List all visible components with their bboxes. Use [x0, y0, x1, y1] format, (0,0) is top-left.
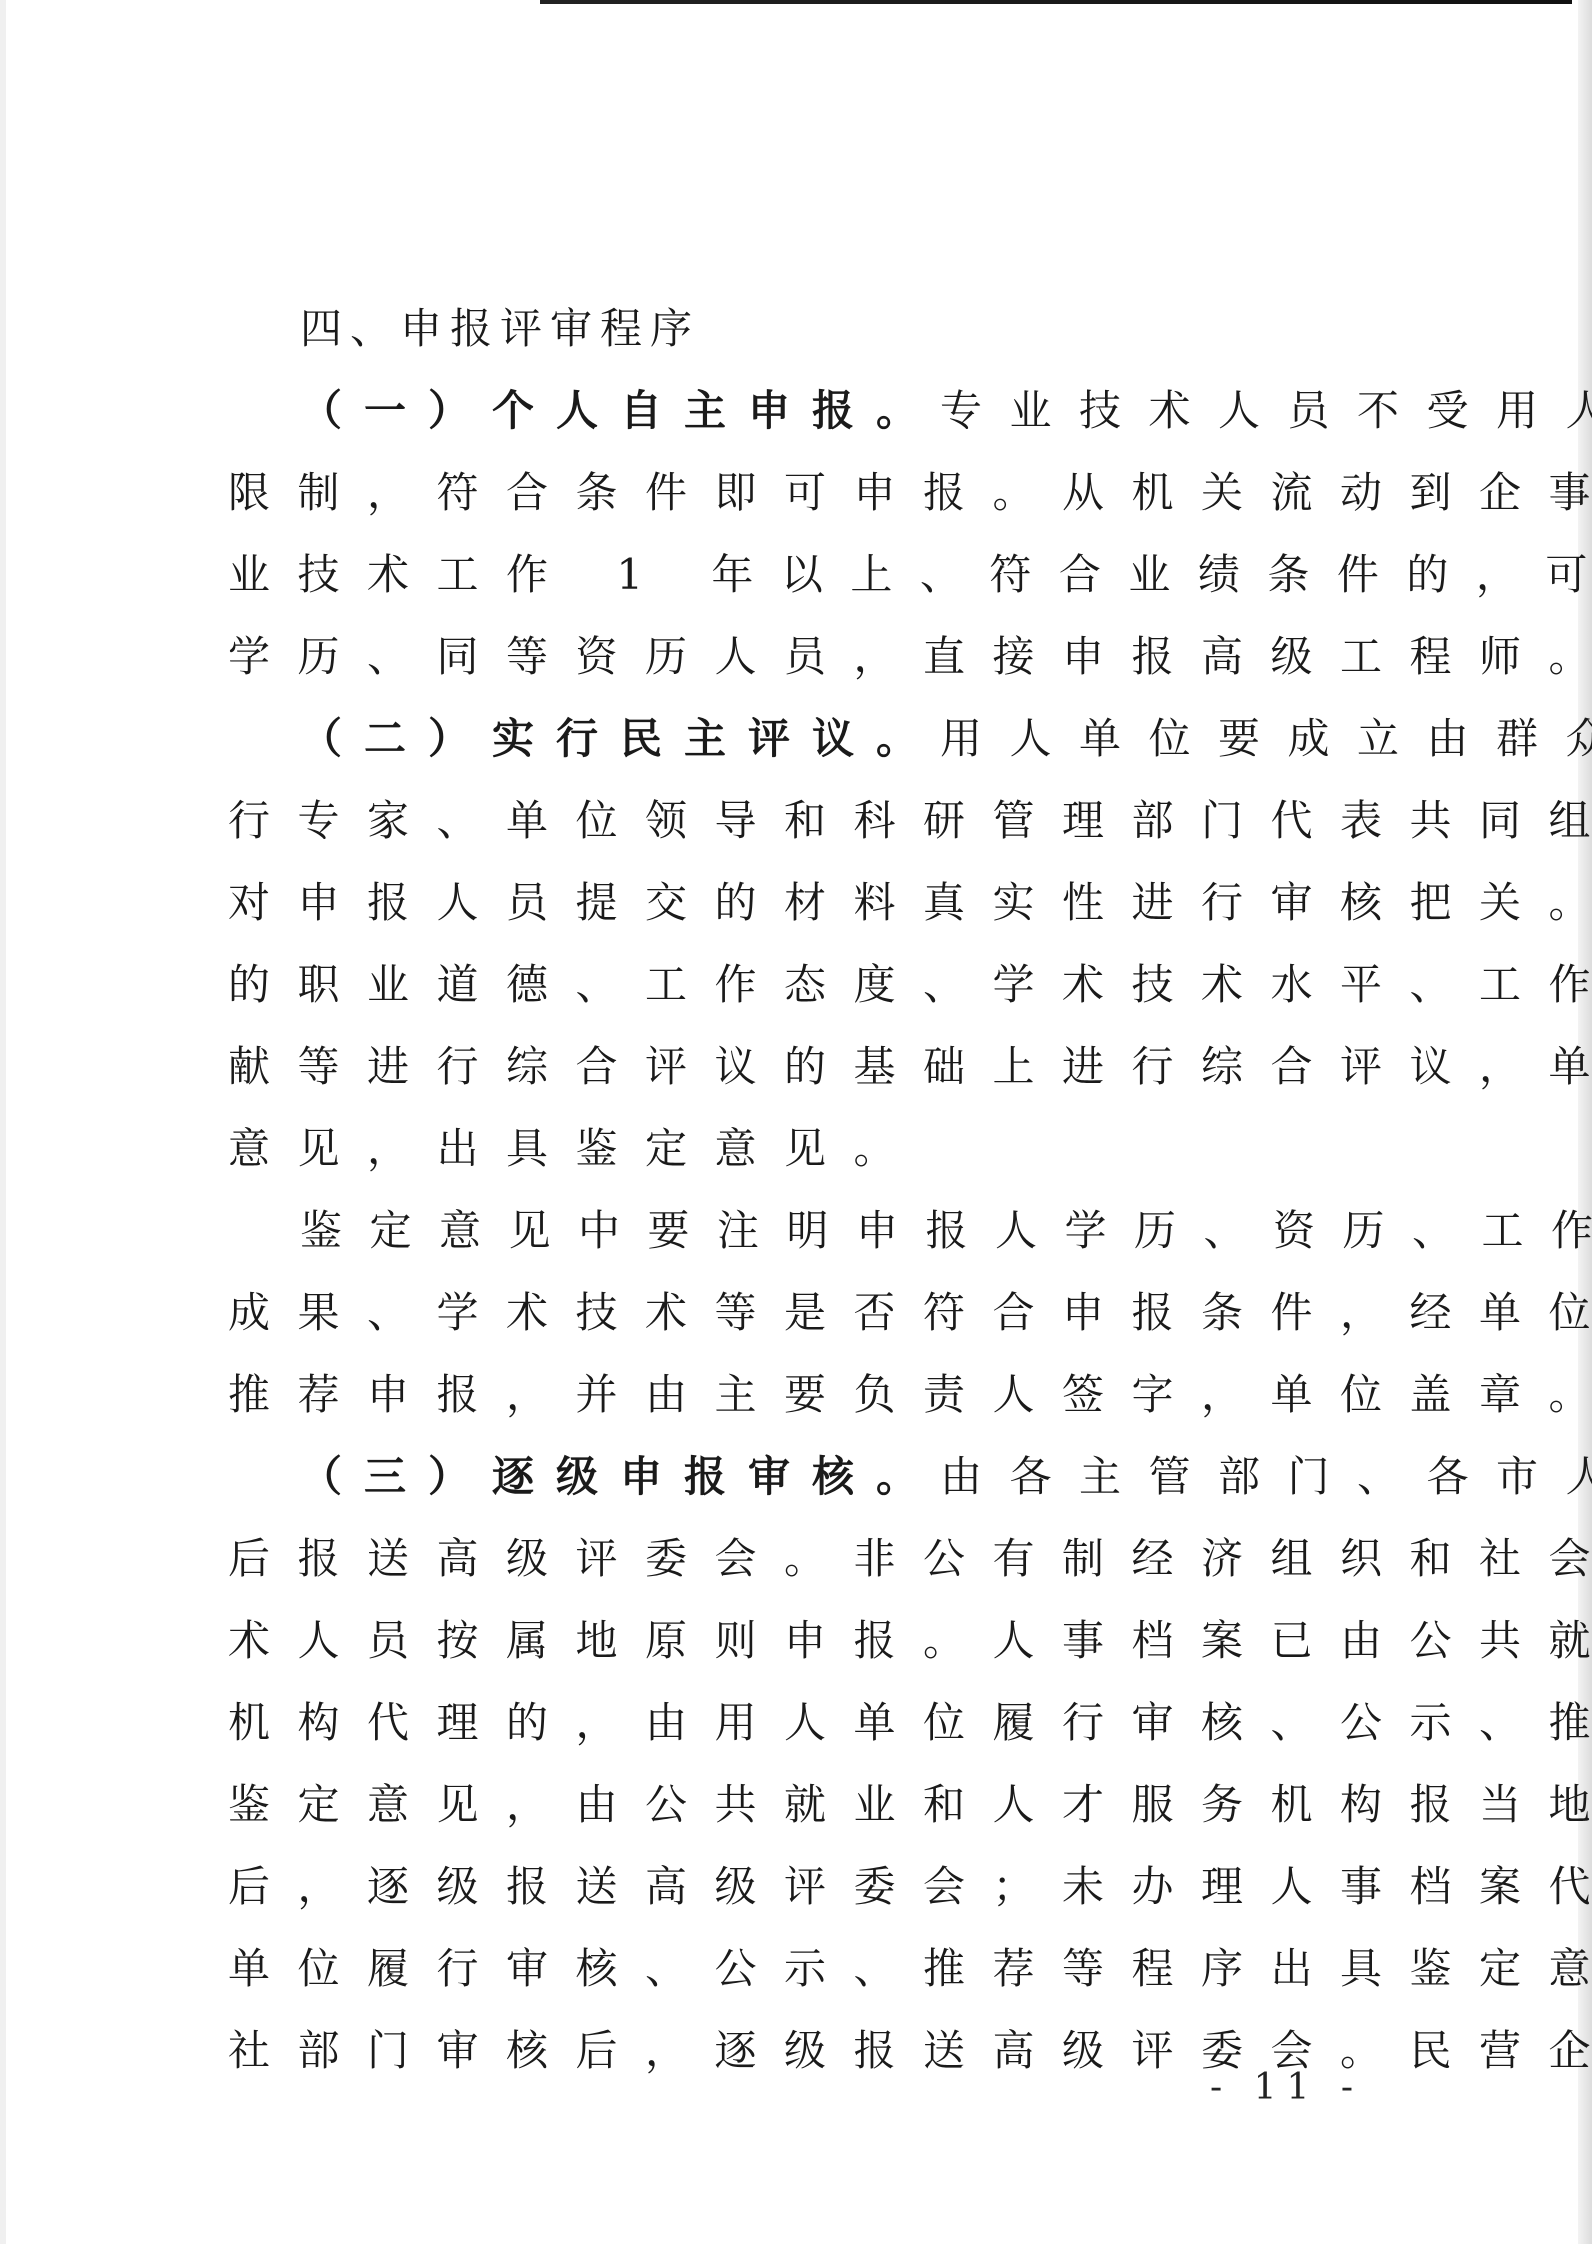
paragraph-text: 专业技术人员不受用人单位岗位 — [940, 386, 1592, 435]
paragraph-line: 鉴定意见，由公共就业和人才服务机构报当地人社部门审核 — [228, 1764, 1348, 1846]
paragraph-text: 用人单位要成立由群众代表、同 — [940, 714, 1592, 763]
paragraph-line: （一）个人自主申报。专业技术人员不受用人单位岗位 — [228, 370, 1348, 452]
paragraph-line: （二）实行民主评议。用人单位要成立由群众代表、同 — [228, 698, 1348, 780]
section-heading: 四、申报评审程序 — [228, 288, 1348, 370]
paragraph-line: 社部门审核后，逐级报送高级评委会。民营企业的劳务派遣 — [228, 2010, 1348, 2092]
paragraph-line: 献等进行综合评议的基础上进行综合评议，单位根据评议组 — [228, 1026, 1348, 1108]
paragraph-line: 对申报人员提交的材料真实性进行审核把关。在对申报人员 — [228, 862, 1348, 944]
scan-edge-top — [540, 0, 1572, 4]
paragraph-line: 机构代理的，由用人单位履行审核、公示、推荐等程序出具 — [228, 1682, 1348, 1764]
paragraph-line: 限制，符合条件即可申报。从机关流动到企事业单位从事专 — [228, 452, 1348, 534]
paragraph-appraisal-opinion: 鉴定意见中要注明申报人学历、资历、工作能力、业绩 成果、学术技术等是否符合申报条… — [228, 1190, 1348, 1436]
scan-edge-left — [0, 0, 6, 2244]
paragraph-line: 单位履行审核、公示、推荐等程序出具鉴定意见，经当地人 — [228, 1928, 1348, 2010]
paragraph-level-by-level-review: （三）逐级申报审核。由各主管部门、各市人社局审核 后报送高级评委会。非公有制经济… — [228, 1436, 1348, 2092]
paragraph-democratic-review: （二）实行民主评议。用人单位要成立由群众代表、同 行专家、单位领导和科研管理部门… — [228, 698, 1348, 1190]
paragraph-line: 学历、同等资历人员，直接申报高级工程师。 — [228, 616, 1348, 698]
paragraph-lead-title: （一）个人自主申报。 — [300, 386, 940, 435]
paragraph-line: 意见，出具鉴定意见。 — [228, 1108, 1348, 1190]
paragraph-text: 由各主管部门、各市人社局审核 — [940, 1452, 1592, 1501]
paragraph-lead-title: （三）逐级申报审核。 — [300, 1452, 940, 1501]
paragraph-line: （三）逐级申报审核。由各主管部门、各市人社局审核 — [228, 1436, 1348, 1518]
paragraph-line: 行专家、单位领导和科研管理部门代表共同组成的评议组， — [228, 780, 1348, 862]
paragraph-line: 后，逐级报送高级评委会；未办理人事档案代理的，由用人 — [228, 1846, 1348, 1928]
paragraph-line: 鉴定意见中要注明申报人学历、资历、工作能力、业绩 — [228, 1190, 1348, 1272]
paragraph-line: 的职业道德、工作态度、学术技术水平、工作能力和业绩贡 — [228, 944, 1348, 1026]
paragraph-line: 术人员按属地原则申报。人事档案已由公共就业和人才服务 — [228, 1600, 1348, 1682]
paragraph-line: 后报送高级评委会。非公有制经济组织和社会组织中专业技 — [228, 1518, 1348, 1600]
paragraph-line: 业技术工作 1 年以上、符合业绩条件的，可比照本单位同等 — [228, 534, 1348, 616]
paragraph-line: 推荐申报，并由主要负责人签字，单位盖章。 — [228, 1354, 1348, 1436]
document-page: 四、申报评审程序 （一）个人自主申报。专业技术人员不受用人单位岗位 限制，符合条… — [228, 288, 1348, 2092]
paragraph-individual-application: （一）个人自主申报。专业技术人员不受用人单位岗位 限制，符合条件即可申报。从机关… — [228, 370, 1348, 698]
paragraph-line: 成果、学术技术等是否符合申报条件，经单位集体研究同意 — [228, 1272, 1348, 1354]
paragraph-lead-title: （二）实行民主评议。 — [300, 714, 940, 763]
page-number: - 11 - — [1210, 2058, 1363, 2118]
